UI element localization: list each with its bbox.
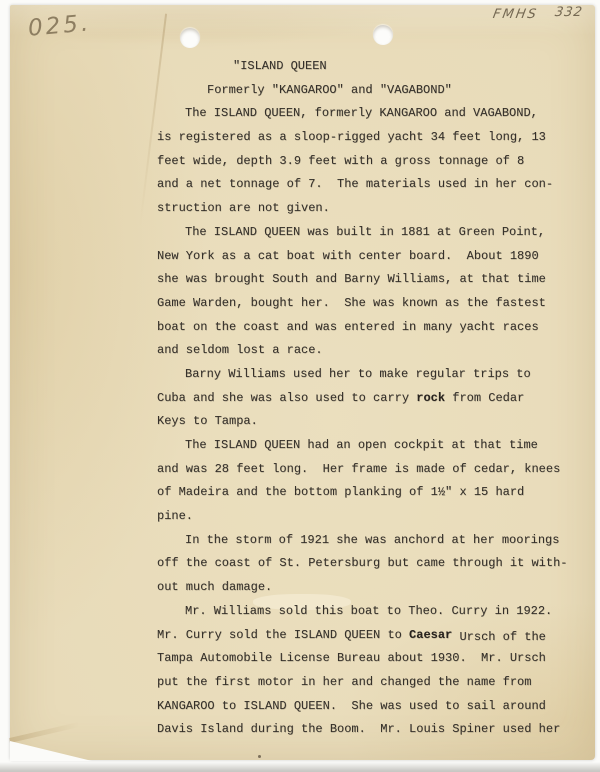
typed-line: The ISLAND QUEEN had an open cockpit at … xyxy=(157,434,587,458)
typed-line: off the coast of St. Petersburg but came… xyxy=(157,552,587,576)
line-segment-bold: Caesar xyxy=(409,628,452,642)
typed-line: is registered as a sloop-rigged yacht 34… xyxy=(157,126,587,150)
typed-line: Mr. Curry sold the ISLAND QUEEN to Caesa… xyxy=(157,624,587,648)
torn-corner xyxy=(10,741,92,761)
paper-sheet: 025. FMHS 332 "ISLAND QUEEN Formerly "KA… xyxy=(10,5,595,760)
typed-line: New York as a cat boat with center board… xyxy=(157,245,587,269)
stray-ink-dot xyxy=(258,755,261,758)
typed-line: feet wide, depth 3.9 feet with a gross t… xyxy=(157,150,587,174)
typed-line: pine. xyxy=(157,505,587,529)
typed-line: and seldom lost a race. xyxy=(157,339,587,363)
typed-line: out much damage. xyxy=(157,576,587,600)
typed-line: Tampa Automobile License Bureau about 19… xyxy=(157,647,587,671)
typed-line: she was brought South and Barny Williams… xyxy=(157,268,587,292)
handwritten-page-number: 332 xyxy=(554,5,584,20)
scanned-page: 025. FMHS 332 "ISLAND QUEEN Formerly "KA… xyxy=(0,0,600,772)
handwritten-archive-code: FMHS xyxy=(492,7,539,22)
typed-line: struction are not given. xyxy=(157,197,587,221)
hole-punch-left xyxy=(180,28,200,48)
line-segment: Cuba and she was also used to carry xyxy=(157,391,416,405)
typed-line: The ISLAND QUEEN was built in 1881 at Gr… xyxy=(157,221,587,245)
typed-line: Davis Island during the Boom. Mr. Louis … xyxy=(157,718,587,742)
typed-line: and a net tonnage of 7. The materials us… xyxy=(157,173,587,197)
typed-line: The ISLAND QUEEN, formerly KANGAROO and … xyxy=(157,102,587,126)
doc-subtitle: Formerly "KANGAROO" and "VAGABOND" xyxy=(157,79,587,103)
typed-line: boat on the coast and was entered in man… xyxy=(157,316,587,340)
line-segment: Ursch of the xyxy=(452,630,546,644)
typed-line: Cuba and she was also used to carry rock… xyxy=(157,387,587,411)
typed-text-block: "ISLAND QUEEN Formerly "KANGAROO" and "V… xyxy=(157,55,587,742)
torn-corner-shadow xyxy=(9,719,92,743)
handwritten-corner-number: 025. xyxy=(27,10,92,41)
line-segment-bold: rock xyxy=(416,391,445,405)
typed-line: Keys to Tampa. xyxy=(157,410,587,434)
typed-line: of Madeira and the bottom planking of 1½… xyxy=(157,481,587,505)
typed-line: In the storm of 1921 she was anchord at … xyxy=(157,529,587,553)
line-segment: Mr. Curry sold the ISLAND QUEEN to xyxy=(157,628,409,642)
typed-line: KANGAROO to ISLAND QUEEN. She was used t… xyxy=(157,695,587,719)
scanner-edge xyxy=(0,762,600,772)
typed-line: Barny Williams used her to make regular … xyxy=(157,363,587,387)
doc-title: "ISLAND QUEEN xyxy=(157,55,587,79)
typed-line: and was 28 feet long. Her frame is made … xyxy=(157,458,587,482)
typed-line: Game Warden, bought her. She was known a… xyxy=(157,292,587,316)
line-segment: from Cedar xyxy=(445,391,524,405)
hole-punch-right xyxy=(373,25,393,45)
typed-line: put the first motor in her and changed t… xyxy=(157,671,587,695)
typed-line: Mr. Williams sold this boat to Theo. Cur… xyxy=(157,600,587,624)
